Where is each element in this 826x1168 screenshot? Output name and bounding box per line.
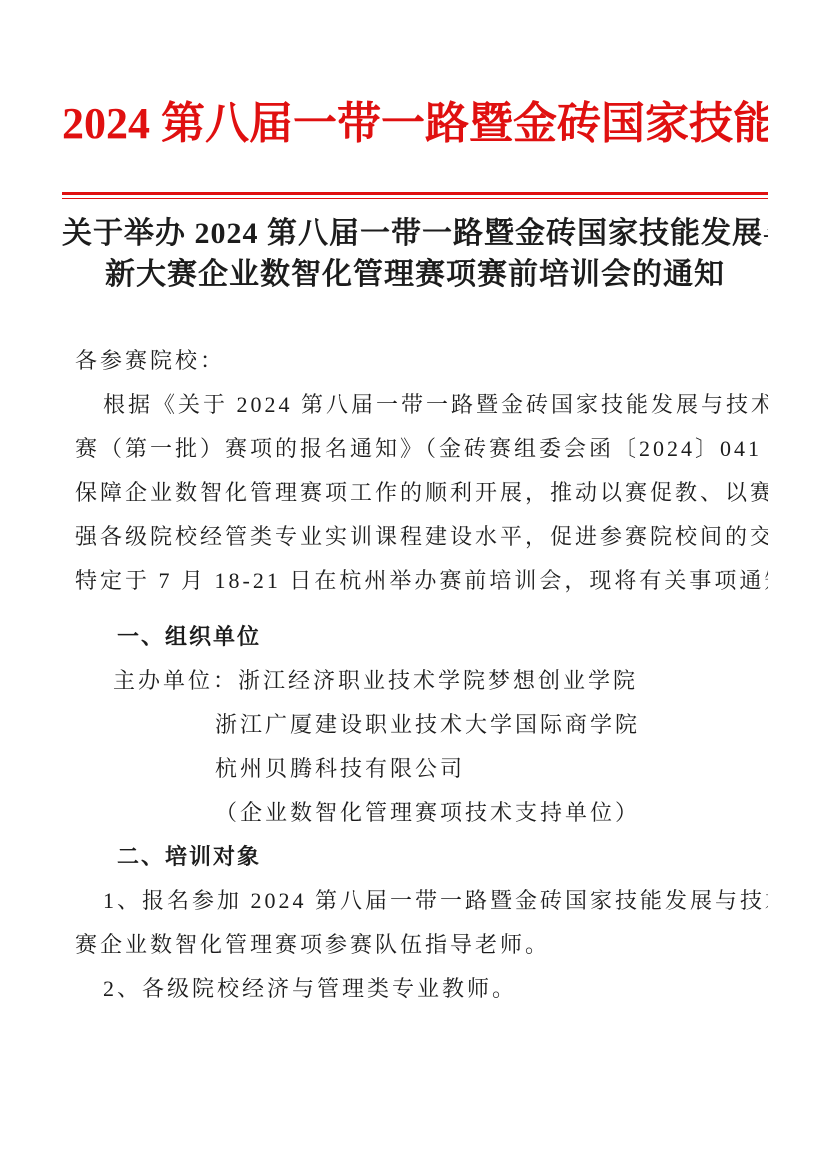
- intro-line-1: 根据《关于 2024 第八届一带一路暨金砖国家技能发展与技术创新大: [75, 383, 768, 427]
- document-title: 关于举办 2024 第八届一带一路暨金砖国家技能发展与技术创 新大赛企业数智化管…: [62, 213, 768, 295]
- document-title-line2: 新大赛企业数智化管理赛项赛前培训会的通知: [62, 254, 768, 295]
- section-heading-organizers: 一、组织单位: [75, 615, 768, 659]
- salutation: 各参赛院校：: [75, 339, 768, 383]
- trainee-item-2: 2、各级院校经济与管理类专业教师。: [75, 967, 768, 1011]
- intro-line-2: 赛（第一批）赛项的报名通知》（金砖赛组委会函〔2024〕041 号），为: [75, 427, 768, 471]
- section-heading-trainees: 二、培训对象: [75, 835, 768, 879]
- document-page: 2024 第八届一带一路暨金砖国家技能发展与技术创新大赛 关于举办 2024 第…: [0, 0, 826, 1168]
- tech-support-note: （企业数智化管理赛项技术支持单位）: [75, 791, 768, 835]
- host-unit-line: 主办单位：浙江经济职业技术学院梦想创业学院: [75, 659, 768, 703]
- document-body: 各参赛院校： 根据《关于 2024 第八届一带一路暨金砖国家技能发展与技术创新大…: [62, 339, 768, 1011]
- divider-thin-line: [62, 198, 768, 199]
- trainee-item-1-line2: 赛企业数智化管理赛项参赛队伍指导老师。: [75, 923, 768, 967]
- intro-line-3: 保障企业数智化管理赛项工作的顺利开展，推动以赛促教、以赛促学，加: [75, 471, 768, 515]
- red-divider-line: [62, 192, 768, 199]
- trainee-item-1-line1: 1、报名参加 2024 第八届一带一路暨金砖国家技能发展与技术创新大: [75, 879, 768, 923]
- divider-thick-line: [62, 192, 768, 195]
- intro-line-4: 强各级院校经管类专业实训课程建设水平，促进参赛院校间的交流与学习，: [75, 515, 768, 559]
- document-title-line1: 关于举办 2024 第八届一带一路暨金砖国家技能发展与技术创: [62, 213, 768, 254]
- organizer-line-2: 浙江广厦建设职业技术大学国际商学院: [75, 703, 768, 747]
- intro-line-5: 特定于 7 月 18-21 日在杭州举办赛前培训会，现将有关事项通知如下：: [75, 559, 768, 603]
- page-content: 2024 第八届一带一路暨金砖国家技能发展与技术创新大赛 关于举办 2024 第…: [0, 0, 826, 1011]
- organizer-line-3: 杭州贝腾科技有限公司: [75, 747, 768, 791]
- banner-title: 2024 第八届一带一路暨金砖国家技能发展与技术创新大赛: [62, 96, 768, 152]
